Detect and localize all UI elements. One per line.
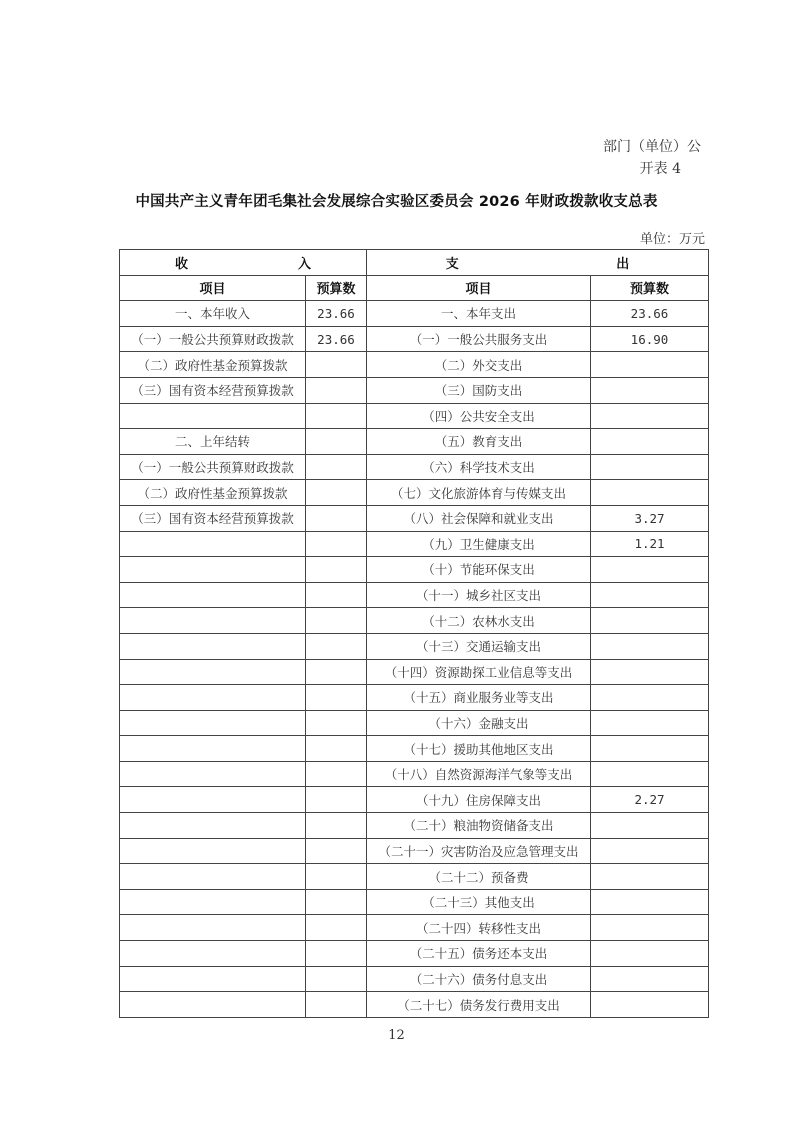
income-item-cell [120,531,306,557]
income-amount-cell [306,787,367,813]
table-row: （一）一般公共预算财政拨款23.66（一）一般公共服务支出16.90 [120,326,709,352]
expense-amount-cell [591,966,709,992]
expense-group-header: 支 出 [367,250,709,276]
income-item-cell: （三）国有资本经营预算拨款 [120,505,306,531]
income-item-cell [120,403,306,429]
income-item-cell [120,736,306,762]
table-row: （二十六）债务付息支出 [120,966,709,992]
expense-item-cell: （四）公共安全支出 [367,403,591,429]
income-amount-cell [306,813,367,839]
table-row: （三）国有资本经营预算拨款（三）国防支出 [120,377,709,403]
expense-item-cell: （十五）商业服务业等支出 [367,685,591,711]
column-header-row: 项目 预算数 项目 预算数 [120,275,709,301]
income-item-cell [120,761,306,787]
table-row: （十一）城乡社区支出 [120,582,709,608]
income-amount-cell [306,864,367,890]
expense-amount-cell: 23.66 [591,301,709,327]
income-item-cell [120,710,306,736]
expense-item-cell: （十二）农林水支出 [367,608,591,634]
expense-amount-cell [591,941,709,967]
expense-amount-cell [591,429,709,455]
expense-item-cell: （六）科学技术支出 [367,454,591,480]
expense-amount-cell [591,992,709,1018]
income-amount-cell [306,531,367,557]
expense-amount-cell [591,557,709,583]
income-item-cell [120,941,306,967]
expense-item-cell: （二十二）预备费 [367,864,591,890]
table-row: （二十二）预备费 [120,864,709,890]
expense-item-cell: （二十七）债务发行费用支出 [367,992,591,1018]
income-amount-cell [306,505,367,531]
table-row: （一）一般公共预算财政拨款（六）科学技术支出 [120,454,709,480]
income-amount-cell: 23.66 [306,326,367,352]
expense-amount-cell [591,838,709,864]
income-item-cell: （二）政府性基金预算拨款 [120,352,306,378]
income-amount-cell [306,761,367,787]
income-item-cell [120,608,306,634]
income-item-cell [120,633,306,659]
income-item-cell: （二）政府性基金预算拨款 [120,480,306,506]
disclosure-label-line2: 开表 4 [603,158,701,180]
expense-amount-cell [591,633,709,659]
table-row: （十五）商业服务业等支出 [120,685,709,711]
expense-amount-cell: 2.27 [591,787,709,813]
expense-item-cell: （二十四）转移性支出 [367,915,591,941]
income-amount-cell [306,992,367,1018]
income-item-cell [120,685,306,711]
table-row: （十七）援助其他地区支出 [120,736,709,762]
column-header-income-amount: 预算数 [306,275,367,301]
table-row: （十六）金融支出 [120,710,709,736]
income-amount-cell [306,582,367,608]
expense-amount-cell [591,889,709,915]
income-amount-cell [306,838,367,864]
expense-item-cell: （九）卫生健康支出 [367,531,591,557]
column-header-expense-item: 项目 [367,275,591,301]
group-header-row: 收 入 支 出 [120,250,709,276]
expense-amount-cell [591,864,709,890]
expense-item-cell: （二十三）其他支出 [367,889,591,915]
income-amount-cell [306,889,367,915]
expense-item-cell: （十三）交通运输支出 [367,633,591,659]
table-row: 二、上年结转（五）教育支出 [120,429,709,455]
expense-item-cell: （十九）住房保障支出 [367,787,591,813]
income-amount-cell [306,685,367,711]
expense-item-cell: （七）文化旅游体育与传媒支出 [367,480,591,506]
expense-amount-cell [591,403,709,429]
income-item-cell [120,966,306,992]
expense-item-cell: （十一）城乡社区支出 [367,582,591,608]
income-amount-cell [306,736,367,762]
expense-item-cell: （十四）资源勘探工业信息等支出 [367,659,591,685]
income-item-cell [120,992,306,1018]
income-item-cell [120,582,306,608]
income-item-cell: （一）一般公共预算财政拨款 [120,326,306,352]
expense-amount-cell [591,582,709,608]
expense-item-cell: （二）外交支出 [367,352,591,378]
income-amount-cell [306,377,367,403]
table-row: （十九）住房保障支出2.27 [120,787,709,813]
column-header-expense-amount: 预算数 [591,275,709,301]
disclosure-label-line1: 部门（单位）公 [603,136,701,158]
expense-item-cell: 一、本年支出 [367,301,591,327]
table-row: （二）政府性基金预算拨款（二）外交支出 [120,352,709,378]
income-amount-cell [306,966,367,992]
table-row: （十四）资源勘探工业信息等支出 [120,659,709,685]
income-amount-cell: 23.66 [306,301,367,327]
table-row: （二十五）债务还本支出 [120,941,709,967]
income-item-cell [120,889,306,915]
table-row: （二）政府性基金预算拨款（七）文化旅游体育与传媒支出 [120,480,709,506]
expense-item-cell: （十七）援助其他地区支出 [367,736,591,762]
expense-item-cell: （八）社会保障和就业支出 [367,505,591,531]
table-row: （二十四）转移性支出 [120,915,709,941]
income-amount-cell [306,608,367,634]
table-row: （三）国有资本经营预算拨款（八）社会保障和就业支出3.27 [120,505,709,531]
income-amount-cell [306,352,367,378]
expense-item-cell: （二十五）债务还本支出 [367,941,591,967]
expense-amount-cell [591,685,709,711]
expense-amount-cell [591,736,709,762]
expense-item-cell: （十八）自然资源海洋气象等支出 [367,761,591,787]
column-header-income-item: 项目 [120,275,306,301]
income-item-cell: 一、本年收入 [120,301,306,327]
income-amount-cell [306,557,367,583]
table-row: （二十）粮油物资储备支出 [120,813,709,839]
table-row: （九）卫生健康支出1.21 [120,531,709,557]
table-row: （二十三）其他支出 [120,889,709,915]
expense-amount-cell [591,659,709,685]
expense-item-cell: （二十一）灾害防治及应急管理支出 [367,838,591,864]
income-amount-cell [306,403,367,429]
table-row: （十八）自然资源海洋气象等支出 [120,761,709,787]
income-amount-cell [306,710,367,736]
expense-item-cell: （十六）金融支出 [367,710,591,736]
income-item-cell: （三）国有资本经营预算拨款 [120,377,306,403]
income-amount-cell [306,429,367,455]
table-row: （二十七）债务发行费用支出 [120,992,709,1018]
income-amount-cell [306,480,367,506]
income-item-cell [120,557,306,583]
income-amount-cell [306,633,367,659]
expense-amount-cell: 1.21 [591,531,709,557]
expense-amount-cell [591,377,709,403]
expense-amount-cell [591,608,709,634]
document-title: 中国共产主义青年团毛集社会发展综合实验区委员会 2026 年财政拨款收支总表 [0,190,793,211]
income-amount-cell [306,659,367,685]
expense-amount-cell: 16.90 [591,326,709,352]
budget-summary-table: 收 入 支 出 项目 预算数 项目 预算数 一、本年收入23.66一、本年支出2… [119,249,709,1018]
income-amount-cell [306,454,367,480]
table-row: （十三）交通运输支出 [120,633,709,659]
income-amount-cell [306,915,367,941]
expense-amount-cell [591,813,709,839]
expense-amount-cell [591,761,709,787]
income-item-cell: （一）一般公共预算财政拨款 [120,454,306,480]
expense-item-cell: （一）一般公共服务支出 [367,326,591,352]
income-item-cell [120,659,306,685]
disclosure-table-label: 部门（单位）公 开表 4 [603,136,701,180]
expense-item-cell: （五）教育支出 [367,429,591,455]
expense-amount-cell [591,352,709,378]
page-number: 12 [0,1028,793,1043]
table-row: （四）公共安全支出 [120,403,709,429]
income-item-cell: 二、上年结转 [120,429,306,455]
table-row: （十二）农林水支出 [120,608,709,634]
expense-item-cell: （二十六）债务付息支出 [367,966,591,992]
expense-item-cell: （三）国防支出 [367,377,591,403]
income-group-header: 收 入 [120,250,367,276]
table-row: 一、本年收入23.66一、本年支出23.66 [120,301,709,327]
table-row: （二十一）灾害防治及应急管理支出 [120,838,709,864]
income-item-cell [120,838,306,864]
income-amount-cell [306,941,367,967]
expense-item-cell: （二十）粮油物资储备支出 [367,813,591,839]
expense-amount-cell: 3.27 [591,505,709,531]
expense-amount-cell [591,480,709,506]
expense-item-cell: （十）节能环保支出 [367,557,591,583]
income-item-cell [120,915,306,941]
income-item-cell [120,864,306,890]
table-row: （十）节能环保支出 [120,557,709,583]
unit-label: 单位：万元 [640,228,705,247]
expense-amount-cell [591,710,709,736]
expense-amount-cell [591,915,709,941]
income-item-cell [120,813,306,839]
expense-amount-cell [591,454,709,480]
income-item-cell [120,787,306,813]
